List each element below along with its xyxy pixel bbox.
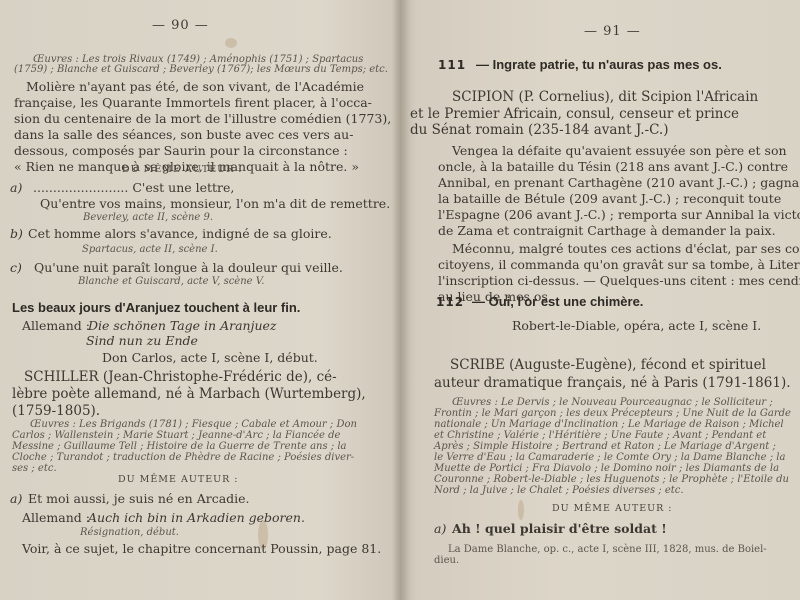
citation: Spartacus, acte II, scène I.: [82, 244, 218, 255]
paragraph-line: Molière n'ayant pas été, de son vivant, …: [26, 79, 364, 94]
citation: La Dame Blanche, op. c., acte I, scène I…: [448, 544, 767, 555]
author-line: SCHILLER (Jean-Christophe-Frédéric de), …: [24, 369, 337, 385]
author-line: SCRIBE (Auguste-Eugène), fécond et spiri…: [450, 357, 766, 373]
author-line: du Sénat romain (235-184 avant J.-C.): [410, 122, 668, 138]
oeuvres-line: Œuvres : Le Dervis ; le Nouveau Pourceau…: [452, 397, 773, 408]
citation: Robert-le-Diable, opéra, acte I, scène I…: [512, 318, 761, 333]
author-line: (1759-1805).: [12, 403, 100, 419]
entry-number: 111: [438, 58, 466, 72]
quote-title: Les beaux jours d'Aranjuez touchent à le…: [12, 300, 300, 315]
quote-line: ........................ C'est une lettr…: [33, 180, 234, 195]
oeuvres-line: Couronne ; Robert-le-Diable ; les Huguen…: [434, 474, 789, 485]
left-page: — 90 — Œuvres : Les trois Rivaux (1749) …: [0, 0, 400, 600]
citation: dieu.: [434, 555, 459, 566]
quote-line: Ah ! quel plaisir d'être soldat !: [452, 521, 667, 536]
paragraph-line: Méconnu, malgré toutes ces actions d'écl…: [452, 241, 800, 256]
quote-marker: a): [10, 180, 22, 195]
author-line: lèbre poète allemand, né à Marbach (Wurt…: [12, 386, 366, 402]
quote-line: Qu'entre vos mains, monsieur, l'on m'a d…: [40, 196, 390, 211]
oeuvres-line: le Verre d'Eau ; la Camaraderie ; le Com…: [434, 452, 785, 463]
oeuvres-line: Frontin ; le Mari garçon ; les deux Préc…: [434, 408, 791, 419]
paragraph-line: Vengea la défaite qu'avaient essuyée son…: [452, 143, 787, 158]
author-line: et le Premier Africain, consul, censeur …: [410, 106, 739, 122]
german-label: Allemand :: [22, 318, 90, 333]
paragraph-line: dessous, composés par Saurin pour la cir…: [14, 143, 348, 158]
section-header: DU MÊME AUTEUR :: [122, 164, 243, 175]
oeuvres-line: Cloche ; Turandot ; traduction de Phèdre…: [12, 452, 354, 463]
german-line: Auch ich bin in Arkadien geboren.: [88, 510, 305, 525]
oeuvres-line: Œuvres : Les Brigands (1781) ; Fiesque ;…: [30, 419, 357, 430]
oeuvres-line: Nord ; la Juive ; le Chalet ; Poésies di…: [434, 485, 684, 496]
quote-marker: a): [434, 521, 446, 536]
oeuvres-line: (1759) ; Blanche et Guiscard ; Beverley …: [14, 64, 388, 75]
oeuvres-line: et Christine ; Valérie ; l'Héritière ; U…: [434, 430, 766, 441]
entry-title: — Ingrate patrie, tu n'auras pas mes os.: [476, 57, 722, 72]
citation: Résignation, début.: [80, 527, 179, 538]
right-page: — 91 — 111 — Ingrate patrie, tu n'auras …: [400, 0, 800, 600]
see-also: Voir, à ce sujet, le chapitre concernant…: [22, 541, 381, 556]
german-line: Die schönen Tage in Aranjuez: [88, 318, 276, 333]
quote-line: Qu'une nuit paraît longue à la douleur q…: [34, 260, 343, 275]
book-spread: — 90 — Œuvres : Les trois Rivaux (1749) …: [0, 0, 800, 600]
paragraph-line: l'Espagne (206 avant J.-C.) ; remporta s…: [438, 207, 800, 222]
entry-title: — Oui, l'or est une chimère.: [472, 294, 643, 309]
paragraph-line: Annibal, en prenant Carthagène (210 avan…: [438, 175, 799, 190]
oeuvres-line: Messine ; Guillaume Tell ; Histoire de l…: [12, 441, 347, 452]
paragraph-line: sion du centenaire de la mort de l'illus…: [14, 111, 391, 126]
citation: Don Carlos, acte I, scène I, début.: [102, 350, 318, 365]
citation: Beverley, acte II, scène 9.: [83, 212, 213, 223]
entry-number: 112: [436, 295, 464, 309]
paragraph-line: oncle, à la bataille du Tésin (218 ans a…: [438, 159, 788, 174]
oeuvres-line: Carlos ; Wallenstein ; Marie Stuart ; Je…: [12, 430, 340, 441]
quote-line: Cet homme alors s'avance, indigné de sa …: [28, 226, 332, 241]
paragraph-line: la bataille de Bétule (209 avant J.-C.) …: [438, 191, 781, 206]
german-label: Allemand :: [22, 510, 90, 525]
author-line: SCIPION (P. Cornelius), dit Scipion l'Af…: [452, 89, 758, 105]
paragraph-line: française, les Quarante Immortels firent…: [14, 95, 372, 110]
quote-marker: c): [10, 260, 22, 275]
citation: Blanche et Guiscard, acte V, scène V.: [78, 276, 264, 287]
quote-marker: a): [10, 491, 22, 506]
german-line: Sind nun zu Ende: [86, 333, 198, 348]
oeuvres-line: nationale ; Un Mariage d'Inclination ; L…: [434, 419, 784, 430]
oeuvres-line: Après ; Simple Histoire ; Bertrand et Ra…: [434, 441, 776, 452]
quote-line: Et moi aussi, je suis né en Arcadie.: [28, 491, 250, 506]
oeuvres-line: ses ; etc.: [12, 463, 57, 474]
author-line: auteur dramatique français, né à Paris (…: [434, 375, 791, 391]
page-number: — 91 —: [584, 24, 641, 39]
section-header: DU MÊME AUTEUR :: [118, 474, 239, 485]
paragraph-line: l'inscription ci-dessus. — Quelques-uns …: [438, 273, 800, 288]
quote-marker: b): [10, 226, 23, 241]
paragraph-line: dans la salle des séances, son buste ave…: [14, 127, 353, 142]
page-number: — 90 —: [152, 18, 209, 33]
oeuvres-line: Muette de Portici ; Fra Diavolo ; le Dom…: [434, 463, 779, 474]
paragraph-line: de Zama et contraignit Carthage à demand…: [438, 223, 776, 238]
section-header: DU MÊME AUTEUR :: [552, 503, 673, 514]
paragraph-line: citoyens, il commanda qu'on gravât sur s…: [438, 257, 800, 272]
